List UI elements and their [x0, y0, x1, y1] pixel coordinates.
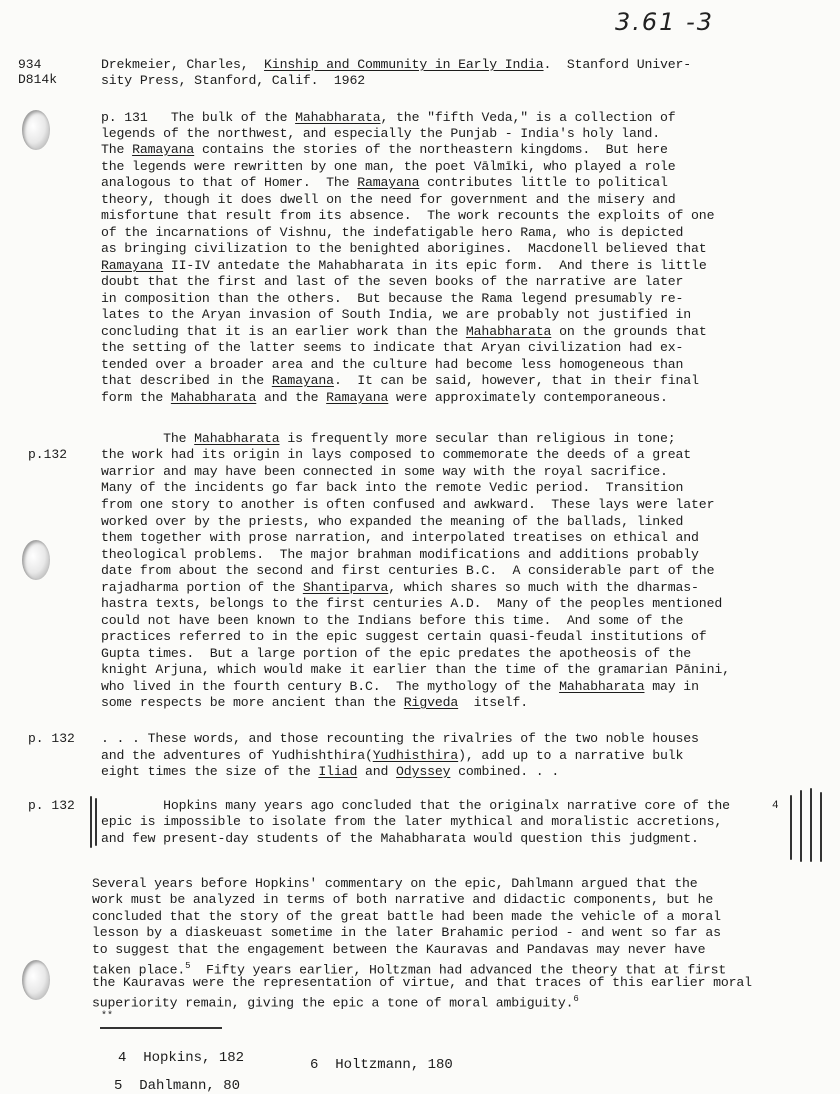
text-line: could not have been known to the Indians… — [101, 613, 683, 629]
text-line: that described in the Ramayana. It can b… — [101, 373, 699, 389]
text-line: rajadharma portion of the Shantiparva, w… — [101, 580, 699, 596]
text-line: eight times the size of the Iliad and Od… — [101, 764, 559, 780]
text-line: analogous to that of Homer. The Ramayana… — [101, 175, 668, 191]
text-line: of the incarnations of Vishnu, the indef… — [101, 225, 683, 241]
margin-mark-left — [90, 796, 92, 848]
text-line: tended over a broader area and the cultu… — [101, 357, 683, 373]
text-line: and few present-day students of the Maha… — [101, 831, 699, 847]
text-line: date from about the second and first cen… — [101, 563, 714, 579]
margin-mark-right — [820, 792, 822, 862]
text-line: superiority remain, giving the epic a to… — [92, 991, 579, 1011]
text-line: work must be analyzed in terms of both n… — [92, 892, 713, 908]
call-number-cutter: D814k — [18, 72, 57, 88]
margin-mark-right — [810, 788, 812, 862]
text-line: Ramayana II-IV antedate the Mahabharata … — [101, 258, 707, 274]
text-line: to suggest that the engagement between t… — [92, 942, 705, 958]
text-line: practices referred to in the epic sugges… — [101, 629, 707, 645]
footnote-text: Hopkins, 182 — [143, 1050, 244, 1066]
footnote-number: 5 — [114, 1078, 122, 1094]
text-line: doubt that the first and last of the sev… — [101, 274, 683, 290]
text-line: The Mahabharata is frequently more secul… — [101, 431, 676, 447]
text-line: Gupta times. But a large portion of the … — [101, 646, 691, 662]
text-line: the work had its origin in lays composed… — [101, 447, 691, 463]
text-line: the legends were rewritten by one man, t… — [101, 159, 676, 175]
text-line: . . . These words, and those recounting … — [101, 731, 699, 747]
footnote-6: 6 Holtzmann, 180 — [310, 1057, 453, 1073]
text-line: legends of the northwest, and especially… — [101, 126, 660, 142]
footnote-ref-4: 4 — [772, 800, 779, 812]
footnote-5: 5 Dahlmann, 80 — [114, 1078, 240, 1094]
text-line: form the Mahabharata and the Ramayana we… — [101, 390, 668, 406]
citation-line-1: Drekmeier, Charles, Kinship and Communit… — [101, 57, 691, 73]
text-line: Many of the incidents go far back into t… — [101, 480, 683, 496]
text-line: concluding that it is an earlier work th… — [101, 324, 707, 340]
text-line: knight Arjuna, which would make it earli… — [101, 662, 730, 678]
publisher-part: . Stanford Univer- — [544, 57, 692, 72]
text-line: the Kauravas were the representation of … — [92, 975, 752, 991]
margin-page-ref: p.132 — [28, 447, 67, 462]
margin-mark-left — [95, 798, 97, 846]
text-line: hastra texts, belongs to the first centu… — [101, 596, 722, 612]
text-line: The Ramayana contains the stories of the… — [101, 142, 668, 158]
text-line: worked over by the priests, who expanded… — [101, 514, 683, 530]
punch-hole — [22, 960, 50, 1000]
text-line: epic is impossible to isolate from the l… — [101, 814, 722, 830]
footnote-marker: ** — [101, 1011, 113, 1022]
footnote-text: Holtzmann, 180 — [335, 1057, 453, 1073]
call-number-class: 934 — [18, 57, 41, 73]
text-line: some respects be more ancient than the R… — [101, 695, 528, 711]
text-line: concluded that the story of the great ba… — [92, 909, 721, 925]
text-line: who lived in the fourth century B.C. The… — [101, 679, 699, 695]
text-line: theory, though it does dwell on the need… — [101, 192, 676, 208]
footnote-divider — [100, 1027, 222, 1029]
text-line: as bringing civilization to the benighte… — [101, 241, 707, 257]
text-line: misfortune that result from its absence.… — [101, 208, 714, 224]
text-line: lesson by a diaskeuast sometime in the l… — [92, 925, 721, 941]
text-line: Several years before Hopkins' commentary… — [92, 876, 698, 892]
handwritten-catalog-id: 3.61 -3 — [615, 8, 714, 36]
footnote-text: Dahlmann, 80 — [139, 1078, 240, 1094]
citation-line-2: sity Press, Stanford, Calif. 1962 — [101, 73, 365, 89]
text-line: lates to the Aryan invasion of South Ind… — [101, 307, 691, 323]
punch-hole — [22, 110, 50, 150]
text-line: the setting of the latter seems to indic… — [101, 340, 683, 356]
text-line: p. 131 The bulk of the Mahabharata, the … — [101, 110, 676, 126]
text-line: Hopkins many years ago concluded that th… — [101, 798, 730, 814]
footnote-number: 4 — [118, 1050, 126, 1066]
text-line: from one story to another is often confu… — [101, 497, 714, 513]
margin-page-ref: p. 132 — [28, 731, 75, 746]
text-line: in composition than the others. But beca… — [101, 291, 683, 307]
margin-mark-right — [790, 795, 792, 860]
text-line: and the adventures of Yudhishthira(Yudhi… — [101, 748, 683, 764]
text-line: them together with prose narration, and … — [101, 530, 699, 546]
text-line: theological problems. The major brahman … — [101, 547, 699, 563]
book-title: Kinship and Community in Early India — [264, 57, 544, 72]
margin-mark-right — [800, 790, 802, 862]
footnote-4: 4 Hopkins, 182 — [118, 1050, 244, 1066]
author: Drekmeier, Charles, — [101, 57, 264, 72]
text-line: warrior and may have been connected in s… — [101, 464, 668, 480]
margin-page-ref: p. 132 — [28, 798, 75, 813]
punch-hole — [22, 540, 50, 580]
footnote-number: 6 — [310, 1057, 318, 1073]
